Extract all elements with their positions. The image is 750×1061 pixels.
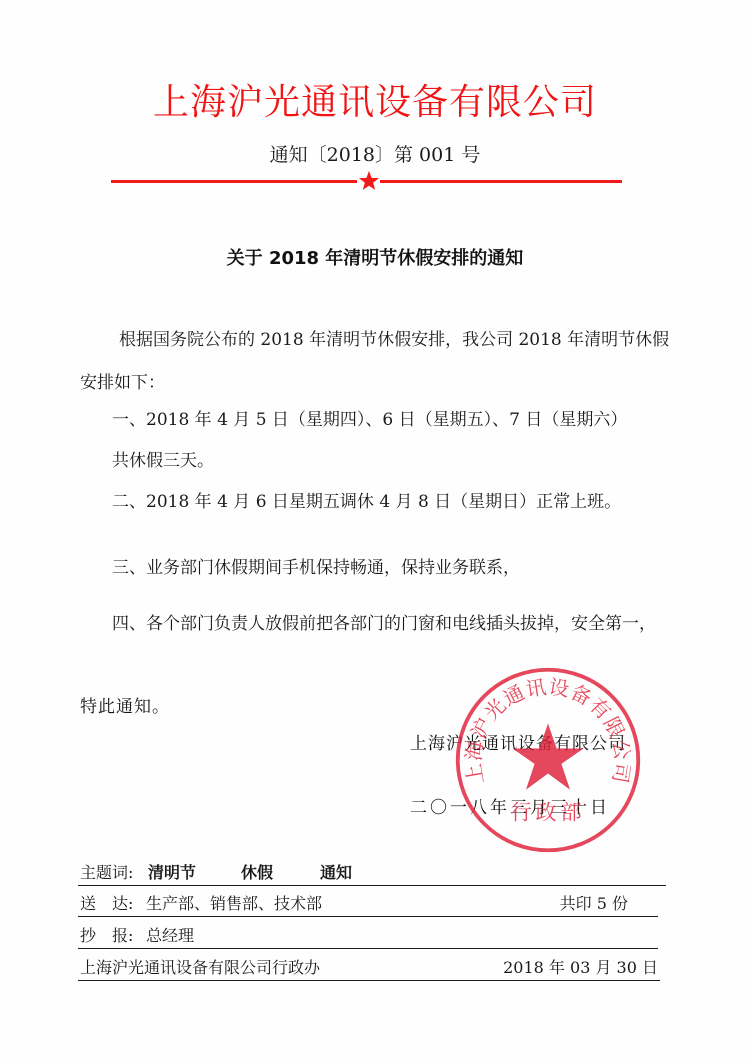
closing-line: 特此通知。: [80, 692, 170, 717]
notice-title: 关于 2018 年清明节休假安排的通知: [0, 244, 750, 270]
document-number: 通知〔2018〕第 001 号: [0, 140, 750, 167]
signature-date: 二〇一八年三月三十日: [410, 793, 610, 818]
cc-label: 抄 报:: [80, 923, 133, 946]
body-item-2: 二、2018 年 4 月 6 日星期五调休 4 月 8 日（星期日）正常上班。: [112, 487, 621, 512]
official-seal-stamp: 上海沪光通讯设备有限公司 行政部: [452, 664, 644, 856]
body-item-4: 四、各个部门负责人放假前把各部门的门窗和电线插头拔掉，安全第一，: [112, 609, 656, 634]
body-paragraph-intro: 根据国务院公布的 2018 年清明节休假安排，我公司 2018 年清明节休假: [119, 325, 669, 350]
body-item-1: 一、2018 年 4 月 5 日（星期四）、6 日（星期五）、7 日（星期六）: [112, 405, 627, 430]
footer-cc-row: 抄 报: 总经理: [78, 918, 658, 949]
signature-company: 上海沪光通讯设备有限公司: [410, 729, 626, 754]
keyword-3: 通知: [320, 860, 352, 883]
footer-keywords-row: 主题词: 清明节 休假 通知: [78, 855, 666, 886]
body-paragraph-intro-cont: 安排如下：: [80, 368, 165, 393]
company-letterhead-title: 上海沪光通讯设备有限公司: [0, 74, 750, 125]
document-page: 上海沪光通讯设备有限公司 通知〔2018〕第 001 号 关于 2018 年清明…: [0, 0, 750, 1061]
send-to-value: 生产部、销售部、技术部: [146, 891, 322, 914]
keywords-label: 主题词:: [80, 860, 133, 883]
body-item-3: 三、业务部门休假期间手机保持畅通，保持业务联系，: [112, 553, 520, 578]
keyword-1: 清明节: [148, 860, 196, 883]
letterhead-rule-left: [111, 180, 357, 183]
body-item-1-cont: 共休假三天。: [112, 446, 214, 471]
cc-value: 总经理: [146, 923, 194, 946]
send-to-label: 送 达:: [80, 891, 133, 914]
footer-issuer-row: 上海沪光通讯设备有限公司行政办 2018 年 03 月 30 日: [78, 950, 660, 981]
keyword-2: 休假: [241, 860, 273, 883]
footer-send-to-row: 送 达: 生产部、销售部、技术部 共印 5 份: [78, 886, 658, 917]
letterhead-rule-right: [380, 180, 622, 183]
copies-count: 共印 5 份: [560, 891, 628, 914]
issue-date: 2018 年 03 月 30 日: [503, 955, 658, 978]
red-star-icon: [358, 170, 380, 192]
issuer-name: 上海沪光通讯设备有限公司行政办: [80, 955, 320, 978]
